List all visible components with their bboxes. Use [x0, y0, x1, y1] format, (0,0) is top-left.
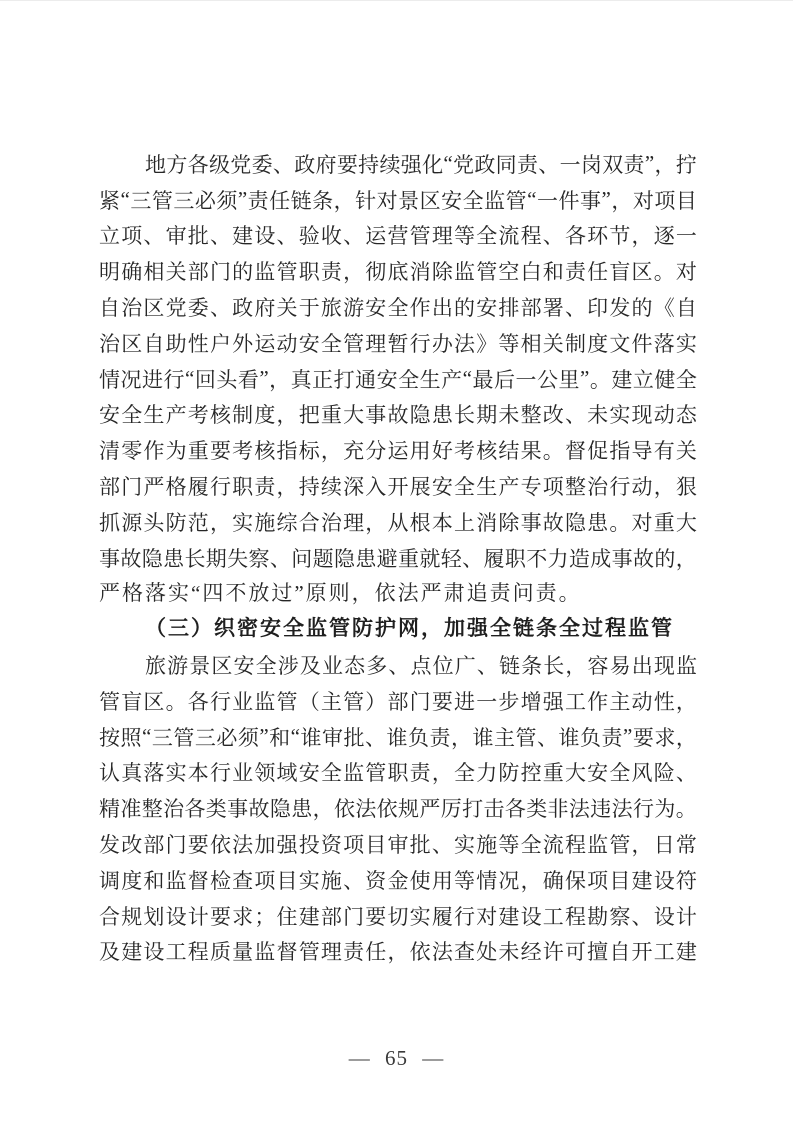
text-line: 立项、审批、建设、验收、运营管理等全流程、各环节，逐一	[99, 218, 697, 254]
document-body: 地方各级党委、政府要持续强化“党政同责、一岗双责”，拧紧“三管三必须”责任链条，…	[99, 146, 697, 969]
text-line: 部门严格履行职责，持续深入开展安全生产专项整治行动，狠	[99, 468, 697, 504]
text-line: 紧“三管三必须”责任链条，针对景区安全监管“一件事”，对项目	[99, 182, 697, 218]
document-page: { "page": { "background": "#ffffff", "te…	[0, 0, 793, 1122]
text-line: 及建设工程质量监督管理责任，依法查处未经许可擅自开工建	[99, 934, 697, 970]
text-line: 治区自助性户外运动安全管理暂行办法》等相关制度文件落实	[99, 325, 697, 361]
text-line: 清零作为重要考核指标，充分运用好考核结果。督促指导有关	[99, 432, 697, 468]
text-line: 合规划设计要求；住建部门要切实履行对建设工程勘察、设计	[99, 898, 697, 934]
text-line: 情况进行“回头看”，真正打通安全生产“最后一公里”。建立健全	[99, 361, 697, 397]
page-number: — 65 —	[0, 1046, 793, 1071]
text-line: 明确相关部门的监管职责，彻底消除监管空白和责任盲区。对	[99, 253, 697, 289]
text-line: 调度和监督检查项目实施、资金使用等情况，确保项目建设符	[99, 862, 697, 898]
text-line: 精准整治各类事故隐患，依法依规严厉打击各类非法违法行为。	[99, 790, 697, 826]
text-line: 抓源头防范，实施综合治理，从根本上消除事故隐患。对重大	[99, 504, 697, 540]
text-line: 按照“三管三必须”和“谁审批、谁负责，谁主管、谁负责”要求，	[99, 719, 697, 755]
page-number-label: — 65 —	[349, 1046, 445, 1070]
section-heading: （三）织密安全监管防护网，加强全链条全过程监管	[99, 611, 697, 647]
page-top-edge	[0, 0, 793, 1]
text-line: 旅游景区安全涉及业态多、点位广、链条长，容易出现监	[99, 647, 697, 683]
text-line: 发改部门要依法加强投资项目审批、实施等全流程监管，日常	[99, 826, 697, 862]
text-line: 认真落实本行业领域安全监管职责，全力防控重大安全风险、	[99, 755, 697, 791]
text-line: 安全生产考核制度，把重大事故隐患长期未整改、未实现动态	[99, 397, 697, 433]
text-line: 地方各级党委、政府要持续强化“党政同责、一岗双责”，拧	[99, 146, 697, 182]
text-line: 严格落实“四不放过”原则，依法严肃追责问责。	[99, 576, 697, 612]
text-line: 自治区党委、政府关于旅游安全作出的安排部署、印发的《自	[99, 289, 697, 325]
text-line: 事故隐患长期失察、问题隐患避重就轻、履职不力造成事故的，	[99, 540, 697, 576]
text-line: 管盲区。各行业监管（主管）部门要进一步增强工作主动性，	[99, 683, 697, 719]
